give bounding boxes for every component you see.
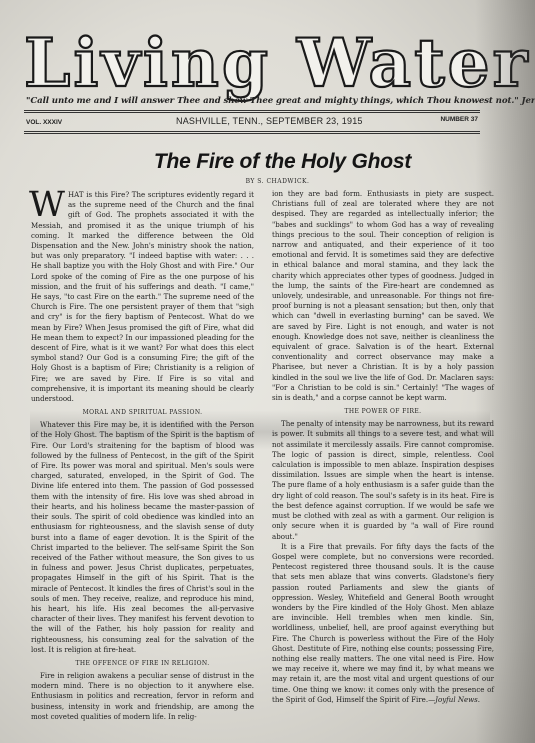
volume-number: VOL. XXXIV — [26, 119, 62, 126]
dateline: VOL. XXXIV NASHVILLE, TENN., SEPTEMBER 2… — [26, 116, 480, 130]
rule-top — [24, 110, 480, 114]
rule-bottom — [24, 131, 480, 135]
section-moral-passion-text: Whatever this Fire may be, it is identif… — [31, 420, 254, 655]
article-title: The Fire of the Holy Ghost — [0, 150, 535, 174]
intro-text: HAT is this Fire? The scriptures evident… — [31, 190, 254, 403]
article-column-right: ion they are bad form. Enthusiasts in pi… — [272, 189, 494, 705]
article-source: Joyful News. — [435, 695, 480, 704]
section-heading-moral-passion: MORAL AND SPIRITUAL PASSION. — [31, 409, 254, 417]
masthead-title: LivingWater — [24, 30, 494, 95]
issue-number: NUMBER 37 — [440, 116, 478, 123]
article-byline: BY S. CHADWICK. — [0, 178, 535, 185]
section-power-paragraph-2-text: It is a Fire that prevails. For fifty da… — [272, 542, 494, 704]
section-heading-power-of-fire: THE POWER OF FIRE. — [272, 408, 494, 416]
article-column-left: WHAT is this Fire? The scriptures eviden… — [31, 190, 254, 722]
section-offence-text: Fire in religion awakens a peculiar sens… — [31, 671, 254, 722]
newspaper-page: LivingWater "Call unto me and I will ans… — [0, 0, 535, 743]
section-heading-offence-of-fire: THE OFFENCE OF FIRE IN RELIGION. — [31, 660, 254, 668]
section-power-paragraph-2: It is a Fire that prevails. For fifty da… — [272, 542, 494, 705]
continued-paragraph: ion they are bad form. Enthusiasts in pi… — [272, 189, 494, 403]
intro-paragraph: WHAT is this Fire? The scriptures eviden… — [31, 190, 254, 404]
place-date: NASHVILLE, TENN., SEPTEMBER 23, 1915 — [176, 116, 363, 126]
masthead-word-living: Living — [24, 24, 271, 102]
masthead-motto: "Call unto me and I will answer Thee and… — [26, 96, 486, 106]
drop-cap: W — [29, 191, 65, 220]
section-power-paragraph-1: The penalty of intensity may be narrowne… — [272, 419, 494, 541]
masthead-word-water: Water — [297, 24, 530, 102]
